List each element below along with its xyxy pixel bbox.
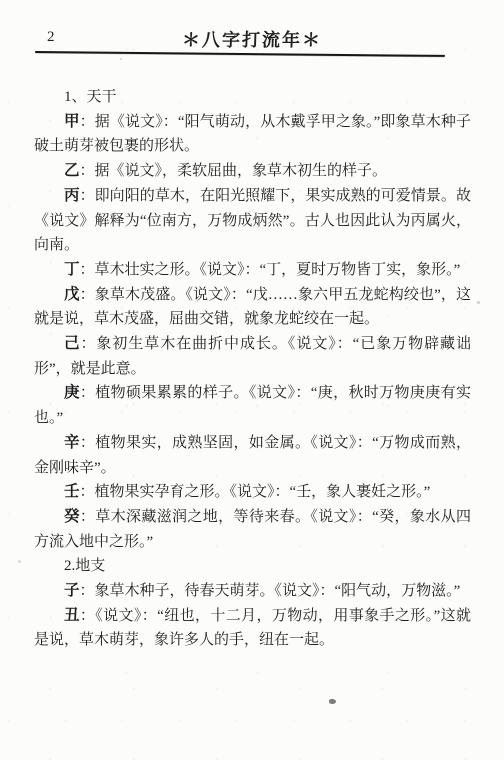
paragraph-text: ：据《说文》，柔软屈曲，象草木初生的样子。: [80, 163, 388, 179]
paragraph: 丁：草木壮实之形。《说文》：“丁，夏时万物皆丁实，象形。”: [34, 258, 471, 283]
stem-lead: 乙: [64, 162, 80, 179]
stem-lead: 辛: [64, 434, 80, 451]
stem-lead: 甲: [64, 113, 80, 130]
paragraph: 子：象草木种子，待春天萌芽。《说文》：“阳气动，万物滋。”: [34, 579, 471, 604]
paragraph-text: ：据《说文》：“阳气萌动，从木戴孚甲之象。”即象草木种子破土萌芽被包裹的形状。: [34, 114, 471, 155]
paragraph-text: ：草木深藏滋润之地，等待来春。《说文》：“癸，象水从四方流入地中之形。”: [34, 509, 471, 550]
paragraph: 丑：《说文》：“纽也，十二月，万物动，用事象手之形。”这就是说，草木萌芽，象许多…: [34, 604, 471, 653]
paragraph-text: ：即向阳的草木，在阳光照耀下，果实成熟的可爱情景。故《说文》解释为“位南方，万物…: [34, 188, 471, 253]
scan-noise-speck: [477, 301, 480, 304]
paragraph: 戊：象草木茂盛。《说文》：“戊……象六甲五龙蛇构绞也”，这就是说，草木茂盛，屈曲…: [34, 283, 471, 332]
paragraph-text: ：象草木种子，待春天萌芽。《说文》：“阳气动，万物滋。”: [80, 583, 461, 599]
paragraph: 庚：植物硕果累累的样子。《说文》：“庚，秋时万物庚庚有实也。”: [34, 381, 471, 430]
stem-lead: 壬: [64, 483, 80, 500]
scan-noise-speck: [120, 58, 122, 60]
stem-lead: 戊: [64, 286, 80, 303]
paragraph: 壬：植物果实孕育之形。《说文》：“壬，象人裹妊之形。”: [34, 480, 471, 505]
stem-lead: 丁: [64, 261, 80, 278]
scan-noise-speck: [329, 699, 336, 704]
paragraph: 甲：据《说文》：“阳气萌动，从木戴孚甲之象。”即象草木种子破土萌芽被包裹的形状。: [34, 110, 471, 159]
paragraph: 丙：即向阳的草木，在阳光照耀下，果实成熟的可爱情景。故《说文》解释为“位南方，万…: [34, 184, 471, 258]
stem-lead: 庚: [64, 384, 80, 401]
stem-lead: 己: [64, 335, 80, 352]
paragraph: 乙：据《说文》，柔软屈曲，象草木初生的样子。: [34, 159, 471, 184]
page-body: 1、天干甲：据《说文》：“阳气萌动，从木戴孚甲之象。”即象草木种子破土萌芽被包裹…: [34, 85, 471, 653]
stem-lead: 癸: [64, 508, 80, 525]
stem-lead: 丙: [64, 187, 80, 204]
paragraph-text: ：草木壮实之形。《说文》：“丁，夏时万物皆丁实，象形。”: [80, 262, 461, 278]
stem-lead: 子: [64, 582, 80, 599]
section-heading: 2.地支: [34, 554, 471, 579]
section-heading: 1、天干: [34, 85, 471, 110]
paragraph-text: ：《说文》：“纽也，十二月，万物动，用事象手之形。”这就是说，草木萌芽，象许多人…: [34, 608, 471, 649]
scan-noise-speck: [18, 560, 21, 563]
paragraph: 辛：植物果实，成熟坚固，如金属。《说文》：“万物成而熟，金刚味辛”。: [34, 431, 471, 480]
book-title: ＊八字打流年＊: [0, 26, 504, 52]
paragraph: 癸：草木深藏滋润之地，等待来春。《说文》：“癸，象水从四方流入地中之形。”: [34, 505, 471, 554]
paragraph-text: ：植物果实孕育之形。《说文》：“壬，象人裹妊之形。”: [80, 484, 431, 500]
paragraph: 己：象初生草木在曲折中成长。《说文》：“已象万物辟藏诎形”，就是此意。: [34, 332, 471, 381]
stem-lead: 丑: [64, 607, 80, 624]
paragraph-text: ：象草木茂盛。《说文》：“戊……象六甲五龙蛇构绞也”，这就是说，草木茂盛，屈曲交…: [34, 287, 471, 328]
paragraph-text: ：植物果实，成熟坚固，如金属。《说文》：“万物成而熟，金刚味辛”。: [34, 435, 471, 476]
paragraph-text: ：植物硕果累累的样子。《说文》：“庚，秋时万物庚庚有实也。”: [34, 385, 471, 426]
paragraph-text: ：象初生草木在曲折中成长。《说文》：“已象万物辟藏诎形”，就是此意。: [34, 336, 471, 377]
scanned-book-page: 2 ＊八字打流年＊ 1、天干甲：据《说文》：“阳气萌动，从木戴孚甲之象。”即象草…: [0, 0, 504, 760]
